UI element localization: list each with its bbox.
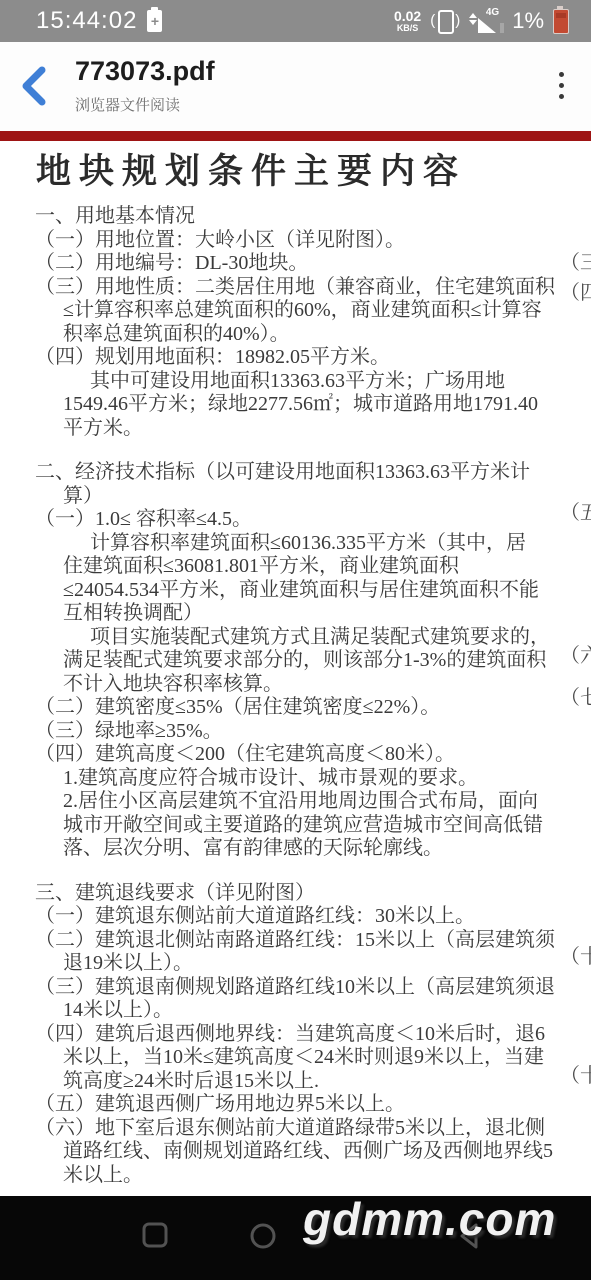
document-line: 三、建筑退线要求（详见附图） [35,882,565,906]
document-line: 米以上。 [35,1164,565,1188]
battery-saver-icon: + [147,10,162,32]
cellular-signal-icon: 4G [469,7,503,35]
document-line: （二）建筑密度≤35%（居住建筑密度≤22%）。 [35,696,565,720]
sim2-signal-bar [500,23,504,33]
document-line: （一）用地位置：大岭小区（详见附图）。 [35,229,565,253]
network-speed-indicator: 0.02 KB/S [394,9,421,33]
document-line: （六）地下室后退东侧站前大道道路绿带5米以上，退北侧 [35,1117,565,1141]
file-subtitle: 浏览器文件阅读 [75,94,215,115]
document-title: 地块规划条件主要内容 [36,151,591,193]
document-line: 平方米。 [35,417,565,441]
network-type-label: 4G [486,7,499,18]
chevron-left-icon [16,64,56,108]
adjacent-column-fragment: （六 [560,639,591,668]
document-line: 积率总建筑面积的40%）。 [35,323,565,347]
data-activity-arrows [469,13,477,25]
adjacent-column-fragment: （七 [560,681,591,710]
document-line: 满足装配式建筑要求部分的，则该部分1-3%的建筑面积 [35,649,565,673]
document-line: 2.居住小区高层建筑不宜沿用地周边围合式布局，面向 [35,790,565,814]
adjacent-column-fragment: （四 [560,276,591,305]
document-line: （四）建筑高度＜200（住宅建筑高度＜80米）。 [35,743,565,767]
document-line: 一、用地基本情况 [35,205,565,229]
paragraph-gap [35,861,565,882]
battery-percent-label: 1% [512,8,544,34]
status-left-group: 15:44:02 + [0,7,162,35]
header-titles: 773073.pdf 浏览器文件阅读 [75,54,215,115]
document-line: （三）建筑退南侧规划路道路红线10米以上（高层建筑须退 [35,976,565,1000]
phone-outline [438,10,454,34]
document-line: （三）绿地率≥35%。 [35,720,565,744]
document-line: （二）建筑退北侧站南路道路红线：15米以上（高层建筑须 [35,929,565,953]
pdf-document[interactable]: 地块规划条件主要内容 一、用地基本情况（一）用地位置：大岭小区（详见附图）。（二… [0,141,591,1196]
vibrate-arc-right: ) [455,12,460,30]
document-line: 1.建筑高度应符合城市设计、城市景观的要求。 [35,767,565,791]
adjacent-column-fragment: （十 [560,940,591,969]
document-line: 城市开敞空间或主要道路的建筑应营造城市空间高低错 [35,814,565,838]
document-line: （四）规划用地面积：18982.05平方米。 [35,346,565,370]
vibrate-mode-icon: ( ) [430,9,460,33]
document-line: 不计入地块容积率核算。 [35,673,565,697]
document-line: 米以上，当10米≤建筑高度＜24米时则退9米以上，当建 [35,1046,565,1070]
document-line: （五）建筑退西侧广场用地边界5米以上。 [35,1093,565,1117]
adjacent-column-fragment: （三 [560,246,591,275]
document-line: 住建筑面积≤36081.801平方米，商业建筑面积 [35,555,565,579]
document-line: （一）1.0≤ 容积率≤4.5。 [35,508,565,532]
document-line: 其中可建设用地面积13363.63平方米；广场用地 [35,370,565,394]
battery-level-fill [556,13,566,18]
document-line: （三）用地性质：二类居住用地（兼容商业，住宅建筑面积 [35,276,565,300]
network-speed-value: 0.02 [394,9,421,23]
recents-button[interactable] [142,1222,168,1248]
document-line: 二、经济技术指标（以可建设用地面积13363.63平方米计 [35,461,565,485]
document-line: （四）建筑后退西侧地界线：当建筑高度＜10米后时，退6 [35,1023,565,1047]
document-line: 14米以上）。 [35,999,565,1023]
signal-triangle [478,18,496,33]
overflow-menu-button[interactable] [551,66,571,110]
document-line: 算） [35,485,565,509]
adjacent-column-fragment: （五 [560,496,591,525]
red-divider-bar [0,131,591,141]
document-line: ≤计算容积率总建筑面积的60%，商业建筑面积≤计算容 [35,299,565,323]
pdf-viewer-header: 773073.pdf 浏览器文件阅读 [0,42,591,132]
adjacent-column-fragment: （十 [560,1059,591,1088]
battery-plus-glyph: + [147,10,162,32]
status-right-group: 0.02 KB/S ( ) 4G 1% [394,7,591,35]
document-line: 项目实施装配式建筑方式且满足装配式建筑要求的， [35,626,565,650]
battery-low-icon [553,9,569,34]
paragraph-gap [35,440,565,461]
document-body: 一、用地基本情况（一）用地位置：大岭小区（详见附图）。（二）用地编号：DL-30… [0,205,591,1187]
document-line: 落、层次分明、富有韵律感的天际轮廓线。 [35,837,565,861]
document-line: 1549.46平方米；绿地2277.56㎡；城市道路用地1791.40 [35,393,565,417]
document-line: （二）用地编号：DL-30地块。 [35,252,565,276]
document-line: （一）建筑退东侧站前大道道路红线：30米以上。 [35,905,565,929]
home-button[interactable] [249,1222,277,1250]
document-line: ≤24054.534平方米，商业建筑面积与居住建筑面积不能 [35,579,565,603]
status-bar: 15:44:02 + 0.02 KB/S ( ) 4G 1% [0,0,591,42]
document-line: 计算容积率建筑面积≤60136.335平方米（其中，居 [35,532,565,556]
document-line: 退19米以上）。 [35,952,565,976]
phone-screen: 15:44:02 + 0.02 KB/S ( ) 4G 1% [0,0,591,1280]
document-line: 互相转换调配） [35,602,565,626]
vibrate-arc-left: ( [430,12,435,30]
document-line: 道路红线、南侧规划道路红线、西侧广场及西侧地界线5 [35,1140,565,1164]
watermark: gdmm.com [303,1192,556,1246]
status-time: 15:44:02 [36,7,137,35]
file-title: 773073.pdf [75,54,215,88]
document-line: 筑高度≥24米时后退15米以上. [35,1070,565,1094]
network-speed-unit: KB/S [397,24,419,33]
back-button[interactable] [16,64,56,108]
